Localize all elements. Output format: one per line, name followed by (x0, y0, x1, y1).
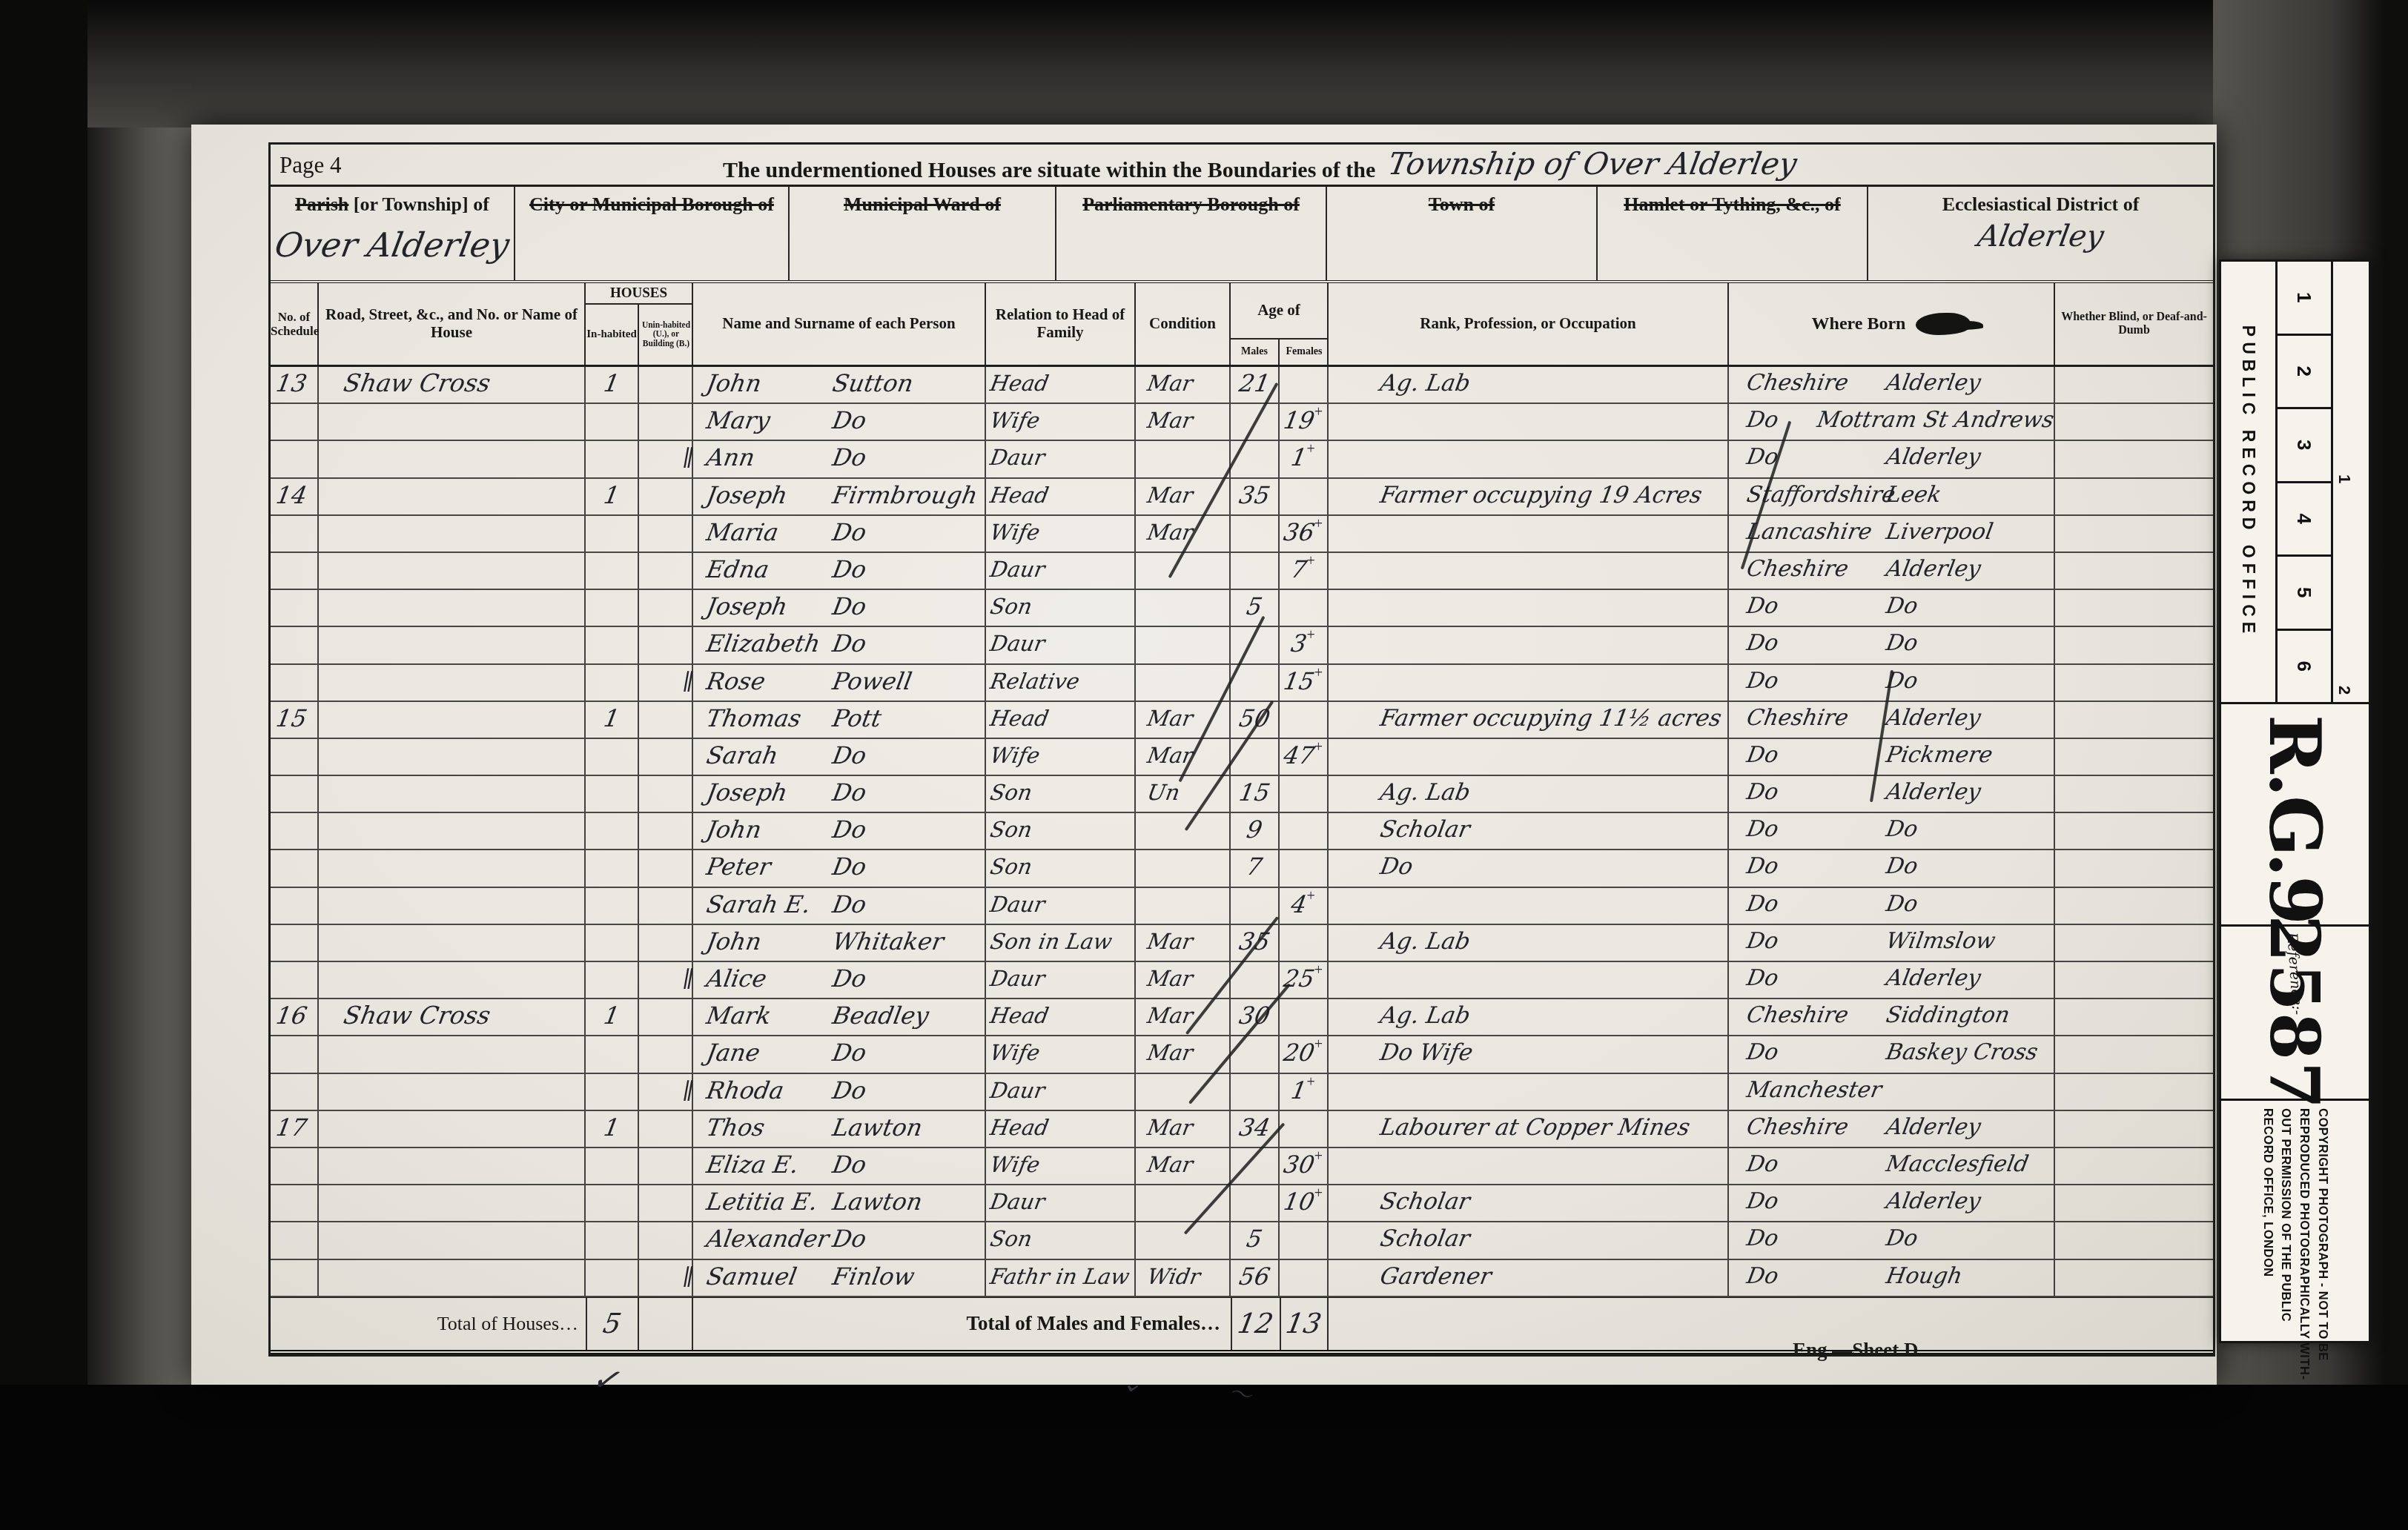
cell-age-female (1280, 1111, 1329, 1147)
district-ecclesiastical-value: Alderley (1865, 219, 2216, 254)
cell-occupation: Ag. Lab (1329, 925, 1729, 961)
table-row: 13 Shaw Cross 1 JohnSutton Head Mar 21 A… (271, 367, 2213, 404)
cell-born: DoMacclesfield (1729, 1148, 2055, 1184)
cell-born: CheshireAlderley (1729, 553, 2055, 589)
cell-inhabited (586, 1036, 639, 1072)
col-age: Age of Males Females (1231, 283, 1329, 365)
cell-born: DoPickmere (1729, 739, 2055, 775)
cell-blind (2055, 590, 2213, 626)
district-parish-value: Over Alderley (267, 225, 517, 265)
cell-schedule: 17 (271, 1111, 319, 1147)
cell-road (319, 813, 586, 849)
cell-uninhabited (639, 516, 693, 552)
cell-blind (2055, 1222, 2213, 1258)
district-band: Parish [or Township] of Over Alderley Ci… (271, 187, 2213, 283)
cell-road (319, 1111, 586, 1147)
cell-relation: Son in Law (986, 925, 1136, 961)
column-header-band: No. of Schedule Road, Street, &c., and N… (271, 283, 2213, 367)
district-label-struck: Parish (295, 193, 348, 215)
cell-age-female: 47+ (1280, 739, 1329, 775)
cell-uninhabited (639, 1222, 693, 1258)
pro-series-ref: R.G.9 Reference:- (2219, 704, 2371, 927)
cell-born: DoWilmslow (1729, 925, 2055, 961)
cell-uninhabited (639, 1148, 693, 1184)
cell-road (319, 925, 586, 961)
cell-occupation: Labourer at Copper Mines (1329, 1111, 1729, 1147)
cell-relation: Daur (986, 962, 1136, 998)
cell-name: ∥AnnDo (693, 441, 986, 477)
cell-occupation (1329, 1074, 1729, 1110)
census-rows: 13 Shaw Cross 1 JohnSutton Head Mar 21 A… (271, 367, 2213, 1297)
cell-name: ∥AliceDo (693, 962, 986, 998)
cell-age-female: 1+ (1280, 441, 1329, 477)
cell-schedule (271, 888, 319, 924)
cell-age-female: 10+ (1280, 1185, 1329, 1221)
cell-age-female: 36+ (1280, 516, 1329, 552)
cell-blind (2055, 925, 2213, 961)
cell-blind (2055, 627, 2213, 663)
cell-blind (2055, 404, 2213, 440)
cell-blind (2055, 813, 2213, 849)
cell-age-female: 4+ (1280, 888, 1329, 924)
cell-schedule (271, 1074, 319, 1110)
cell-inhabited: 1 (586, 367, 639, 403)
cell-condition (1136, 665, 1231, 701)
cell-name: ∥SamuelFinlow (693, 1260, 986, 1296)
cell-uninhabited (639, 850, 693, 886)
cell-age-male (1231, 1185, 1280, 1221)
district-label-rest: [or Township] of (348, 193, 489, 215)
district-parliamentary-borough: Parliamentary Borough of (1056, 187, 1327, 280)
cell-inhabited (586, 516, 639, 552)
table-row: ∥RosePowell Relative 15+ DoDo (271, 665, 2213, 702)
cell-occupation: Ag. Lab (1329, 367, 1729, 403)
cell-road (319, 479, 586, 514)
cell-blind (2055, 702, 2213, 738)
page-number: Page 4 (279, 152, 342, 179)
cell-inhabited: 1 (586, 479, 639, 514)
ruler-cells: 1 2 3 4 5 6 (2275, 262, 2331, 702)
cell-schedule (271, 590, 319, 626)
boundary-statement-text: The undermentioned Houses are situate wi… (723, 158, 1375, 182)
cell-condition (1136, 627, 1231, 663)
cell-schedule (271, 665, 319, 701)
cell-relation: Head (986, 367, 1136, 403)
cell-age-male: 5 (1231, 1222, 1280, 1258)
cell-uninhabited (639, 1036, 693, 1072)
cell-age-female: 3+ (1280, 627, 1329, 663)
cell-occupation (1329, 665, 1729, 701)
cell-relation: Daur (986, 888, 1136, 924)
cell-age-female: 7+ (1280, 553, 1329, 589)
cell-blind (2055, 999, 2213, 1035)
cell-occupation (1329, 1148, 1729, 1184)
col-condition: Condition (1136, 283, 1231, 365)
pro-office-name: PUBLIC RECORD OFFICE (2221, 262, 2275, 702)
cell-road: Shaw Cross (319, 999, 586, 1035)
cell-name: Letitia E.Lawton (693, 1185, 986, 1221)
cell-road (319, 1074, 586, 1110)
cell-inhabited (586, 441, 639, 477)
district-municipal-ward: Municipal Ward of (790, 187, 1056, 280)
col-males: Males (1231, 340, 1280, 365)
col-houses: HOUSES In-habited Unin-habited (U.), or … (586, 283, 693, 365)
district-city-borough: City or Municipal Borough of (515, 187, 790, 280)
cell-road (319, 516, 586, 552)
cell-uninhabited (639, 999, 693, 1035)
cell-inhabited (586, 813, 639, 849)
boundary-statement: The undermentioned Houses are situate wi… (723, 149, 1796, 185)
cell-inhabited (586, 627, 639, 663)
col-uninhabited: Unin-habited (U.), or Building (B.) (639, 305, 693, 365)
cell-blind (2055, 962, 2213, 998)
cell-name: MarkBeadley (693, 999, 986, 1035)
cell-relation: Wife (986, 1036, 1136, 1072)
cell-born: CheshireAlderley (1729, 702, 2055, 738)
district-town: Town of (1327, 187, 1598, 280)
table-row: MariaDo Wife Mar 36+ LancashireLiverpool (271, 516, 2213, 553)
cell-schedule (271, 925, 319, 961)
cell-age-male: 7 (1231, 850, 1280, 886)
photo-left-shadow (87, 0, 199, 1530)
cell-schedule (271, 776, 319, 812)
district-label-struck: Parliamentary Borough of (1082, 193, 1300, 215)
col-inhabited: In-habited (586, 305, 639, 365)
cell-condition: Mar (1136, 516, 1231, 552)
cell-age-female (1280, 479, 1329, 514)
cell-name: ∥RosePowell (693, 665, 986, 701)
cell-age-male: 21 (1231, 367, 1280, 403)
cell-schedule (271, 1185, 319, 1221)
cell-age-male (1231, 888, 1280, 924)
cell-road (319, 739, 586, 775)
cell-relation: Wife (986, 516, 1136, 552)
cell-born: DoDo (1729, 627, 2055, 663)
cell-name: ∥RhodaDo (693, 1074, 986, 1110)
cell-schedule (271, 1260, 319, 1296)
cell-condition: Mar (1136, 925, 1231, 961)
pro-reference-label: 1 2 1 2 3 4 5 6 PUBLIC RECORD OFFICE R.G… (2219, 259, 2371, 1343)
cell-road (319, 702, 586, 738)
ruler-cell: 4 (2278, 483, 2331, 557)
cell-blind (2055, 1036, 2213, 1072)
cell-born: DoAlderley (1729, 962, 2055, 998)
cell-occupation: Scholar (1329, 813, 1729, 849)
cell-schedule (271, 962, 319, 998)
copyright-line: REPRODUCED PHOTOGRAPHICALLY WITH- (2295, 1108, 2314, 1334)
cell-inhabited (586, 776, 639, 812)
cell-uninhabited (639, 925, 693, 961)
total-houses-value: 5 (601, 1308, 623, 1339)
col-age-label: Age of (1231, 283, 1327, 338)
cell-relation: Daur (986, 441, 1136, 477)
total-females-value: 13 (1284, 1308, 1325, 1339)
form-header-band: Page 4 The undermentioned Houses are sit… (271, 145, 2213, 187)
cell-occupation: Farmer occupying 19 Acres (1329, 479, 1729, 514)
cell-road (319, 665, 586, 701)
col-schedule: No. of Schedule (271, 283, 319, 365)
cell-relation: Daur (986, 1185, 1136, 1221)
cell-condition: Widr (1136, 1260, 1231, 1296)
cell-uninhabited (639, 590, 693, 626)
cell-born: DoMottram St Andrews (1729, 404, 2055, 440)
cell-condition (1136, 850, 1231, 886)
sheet-note: Eng.—Sheet D. (1793, 1339, 1923, 1362)
cell-relation: Son (986, 813, 1136, 849)
cell-name: JosephDo (693, 776, 986, 812)
cell-age-male: 35 (1231, 479, 1280, 514)
col-born: Where Born (1729, 283, 2055, 365)
boundary-handwritten-value: Township of Over Alderley (1386, 146, 1800, 182)
cell-age-female: 20+ (1280, 1036, 1329, 1072)
cell-name: ElizabethDo (693, 627, 986, 663)
cell-occupation (1329, 627, 1729, 663)
cell-occupation: Scholar (1329, 1185, 1729, 1221)
cell-road (319, 962, 586, 998)
table-row: AlexanderDo Son 5 Scholar DoDo (271, 1222, 2213, 1259)
total-males-females-label: Total of Males and Females… (693, 1298, 1231, 1350)
cell-blind (2055, 553, 2213, 589)
cell-name: JohnWhitaker (693, 925, 986, 961)
cell-uninhabited (639, 1111, 693, 1147)
cell-schedule (271, 739, 319, 775)
cell-blind (2055, 367, 2213, 403)
cell-age-female (1280, 1260, 1329, 1296)
cell-occupation (1329, 590, 1729, 626)
cell-name: AlexanderDo (693, 1222, 986, 1258)
cell-road: Shaw Cross (319, 367, 586, 403)
ruler-cell: 5 (2278, 557, 2331, 631)
cell-blind (2055, 888, 2213, 924)
district-ecclesiastical: Ecclesiastical District of Alderley (1868, 187, 2213, 280)
cell-born: LancashireLiverpool (1729, 516, 2055, 552)
cell-inhabited (586, 888, 639, 924)
table-row: ∥RhodaDo Daur 1+ Manchester (271, 1074, 2213, 1111)
district-hamlet: Hamlet or Tything, &c., of (1598, 187, 1868, 280)
ink-blot-icon (1916, 313, 1971, 335)
cell-born: CheshireSiddington (1729, 999, 2055, 1035)
cell-condition (1136, 1185, 1231, 1221)
copyright-line: COPYRIGHT PHOTOGRAPH - NOT TO BE (2313, 1108, 2332, 1334)
cell-road (319, 1036, 586, 1072)
cell-inhabited: 1 (586, 702, 639, 738)
photo-bottom-shadow (0, 1385, 2408, 1530)
col-road: Road, Street, &c., and No. or Name of Ho… (319, 283, 586, 365)
cell-name: SarahDo (693, 739, 986, 775)
col-rank: Rank, Profession, or Occupation (1329, 283, 1729, 365)
cell-age-female: 30+ (1280, 1148, 1329, 1184)
table-row: JosephDo Son 5 DoDo (271, 590, 2213, 627)
cell-age-male (1231, 739, 1280, 775)
district-label-struck: Town of (1429, 193, 1495, 215)
cell-uninhabited (639, 813, 693, 849)
cell-born: DoDo (1729, 888, 2055, 924)
col-name: Name and Surname of each Person (693, 283, 986, 365)
cell-relation: Son (986, 1222, 1136, 1258)
table-row: JohnDo Son 9 Scholar DoDo (271, 813, 2213, 850)
cell-relation: Wife (986, 739, 1136, 775)
cell-age-male: 9 (1231, 813, 1280, 849)
cell-condition: Mar (1136, 479, 1231, 514)
col-females: Females (1280, 340, 1329, 365)
cell-born: DoDo (1729, 850, 2055, 886)
cell-born: StaffordshireLeek (1729, 479, 2055, 514)
cell-uninhabited (639, 479, 693, 514)
cell-age-female (1280, 776, 1329, 812)
cell-schedule (271, 516, 319, 552)
ruler-cell: 6 (2278, 631, 2331, 703)
cell-born: DoAlderley (1729, 1185, 2055, 1221)
col-blind: Whether Blind, or Deaf-and-Dumb (2055, 283, 2213, 365)
cell-inhabited (586, 850, 639, 886)
cell-inhabited (586, 1222, 639, 1258)
cell-inhabited (586, 404, 639, 440)
cell-born: DoDo (1729, 590, 2055, 626)
cell-road (319, 627, 586, 663)
total-houses-label: Total of Houses… (271, 1298, 586, 1350)
cell-condition: Mar (1136, 1111, 1231, 1147)
rg-series: R.G.9 (2253, 715, 2337, 924)
cell-name: EdnaDo (693, 553, 986, 589)
table-row: ∥SamuelFinlow Fathr in Law Widr 56 Garde… (271, 1260, 2213, 1297)
table-row: 16 Shaw Cross 1 MarkBeadley Head Mar 30 … (271, 999, 2213, 1036)
cell-occupation (1329, 516, 1729, 552)
cell-condition (1136, 1222, 1231, 1258)
cell-road (319, 850, 586, 886)
cell-occupation: Farmer occupying 11½ acres (1329, 702, 1729, 738)
cell-condition (1136, 441, 1231, 477)
cell-occupation: Do (1329, 850, 1729, 886)
cell-condition (1136, 590, 1231, 626)
cell-name: PeterDo (693, 850, 986, 886)
cell-schedule: 16 (271, 999, 319, 1035)
cell-age-male (1231, 516, 1280, 552)
table-row: Sarah E.Do Daur 4+ DoDo (271, 888, 2213, 925)
cell-inhabited (586, 1185, 639, 1221)
cell-occupation (1329, 962, 1729, 998)
cell-relation: Head (986, 702, 1136, 738)
cell-age-female: 1+ (1280, 1074, 1329, 1110)
cell-condition (1136, 553, 1231, 589)
cell-born: DoDo (1729, 1222, 2055, 1258)
cell-name: MariaDo (693, 516, 986, 552)
ruler-cell: 2 (2278, 336, 2331, 410)
district-parish: Parish [or Township] of Over Alderley (271, 187, 515, 280)
cell-relation: Head (986, 479, 1136, 514)
cell-relation: Son (986, 776, 1136, 812)
cell-inhabited (586, 1074, 639, 1110)
cell-name: ThomasPott (693, 702, 986, 738)
cell-born: DoBaskey Cross (1729, 1036, 2055, 1072)
ruler-inch-label: 2 (2335, 686, 2354, 695)
cell-road (319, 404, 586, 440)
table-row: MaryDo Wife Mar 19+ DoMottram St Andrews (271, 404, 2213, 441)
district-label-struck: Municipal Ward of (844, 193, 1001, 215)
photo-top-shadow (87, 0, 2223, 127)
cell-road (319, 1222, 586, 1258)
cell-relation: Head (986, 999, 1136, 1035)
cell-blind (2055, 850, 2213, 886)
cell-condition: Mar (1136, 1148, 1231, 1184)
scanned-census-photograph: Page 4 The undermentioned Houses are sit… (0, 0, 2408, 1530)
cell-age-female (1280, 999, 1329, 1035)
cell-age-male (1231, 1074, 1280, 1110)
cell-relation: Son (986, 590, 1136, 626)
cell-name: JaneDo (693, 1036, 986, 1072)
cell-born: DoAlderley (1729, 776, 2055, 812)
cell-born: CheshireAlderley (1729, 367, 2055, 403)
col-houses-label: HOUSES (586, 283, 692, 305)
cell-inhabited (586, 665, 639, 701)
copyright-line: RECORD OFFICE, LONDON (2258, 1108, 2277, 1334)
cell-occupation (1329, 739, 1729, 775)
table-row: 15 1 ThomasPott Head Mar 50 Farmer occup… (271, 702, 2213, 739)
table-row: ∥AliceDo Daur Mar 25+ DoAlderley (271, 962, 2213, 999)
cell-relation: Fathr in Law (986, 1260, 1136, 1296)
cell-occupation: Ag. Lab (1329, 999, 1729, 1035)
cell-age-female: 25+ (1280, 962, 1329, 998)
cell-name: JosephDo (693, 590, 986, 626)
cell-condition: Mar (1136, 404, 1231, 440)
cell-born: CheshireAlderley (1729, 1111, 2055, 1147)
cell-relation: Daur (986, 1074, 1136, 1110)
district-label-struck: Hamlet or Tything, &c., of (1624, 193, 1840, 215)
cell-blind (2055, 776, 2213, 812)
cell-name: JosephFirmbrough (693, 479, 986, 514)
pro-copyright-notice: COPYRIGHT PHOTOGRAPH - NOT TO BE REPRODU… (2219, 1101, 2371, 1343)
cell-condition: Mar (1136, 367, 1231, 403)
cell-blind (2055, 1074, 2213, 1110)
cell-schedule (271, 404, 319, 440)
cell-occupation (1329, 441, 1729, 477)
cell-blind (2055, 441, 2213, 477)
table-row: JohnWhitaker Son in Law Mar 35 Ag. Lab D… (271, 925, 2213, 962)
table-row: PeterDo Son 7 Do DoDo (271, 850, 2213, 887)
cell-blind (2055, 479, 2213, 514)
cell-uninhabited (639, 553, 693, 589)
cell-age-male (1231, 553, 1280, 589)
cell-relation: Head (986, 1111, 1136, 1147)
copyright-line: OUT PERMISSION OF THE PUBLIC (2277, 1108, 2295, 1334)
cell-age-female (1280, 590, 1329, 626)
cell-schedule: 15 (271, 702, 319, 738)
totals-empty-cell (1329, 1298, 2213, 1350)
cell-born: DoHough (1729, 1260, 2055, 1296)
cell-schedule (271, 1148, 319, 1184)
cell-born: Manchester (1729, 1074, 2055, 1110)
cell-schedule: 14 (271, 479, 319, 514)
cell-uninhabited (639, 888, 693, 924)
table-row: 14 1 JosephFirmbrough Head Mar 35 Farmer… (271, 479, 2213, 516)
cell-name: Sarah E.Do (693, 888, 986, 924)
cell-age-female (1280, 1222, 1329, 1258)
cell-name: Eliza E.Do (693, 1148, 986, 1184)
ruler-cell: 3 (2278, 409, 2331, 483)
cell-name: MaryDo (693, 404, 986, 440)
cell-condition (1136, 1074, 1231, 1110)
cell-blind (2055, 665, 2213, 701)
cell-occupation (1329, 888, 1729, 924)
cell-inhabited: 1 (586, 999, 639, 1035)
cell-relation: Son (986, 850, 1136, 886)
total-males-value: 12 (1236, 1308, 1277, 1339)
cell-relation: Relative (986, 665, 1136, 701)
cell-schedule (271, 1036, 319, 1072)
cell-age-male: 15 (1231, 776, 1280, 812)
cell-age-female: 15+ (1280, 665, 1329, 701)
table-row: EdnaDo Daur 7+ CheshireAlderley (271, 553, 2213, 590)
cell-name: JohnSutton (693, 367, 986, 403)
